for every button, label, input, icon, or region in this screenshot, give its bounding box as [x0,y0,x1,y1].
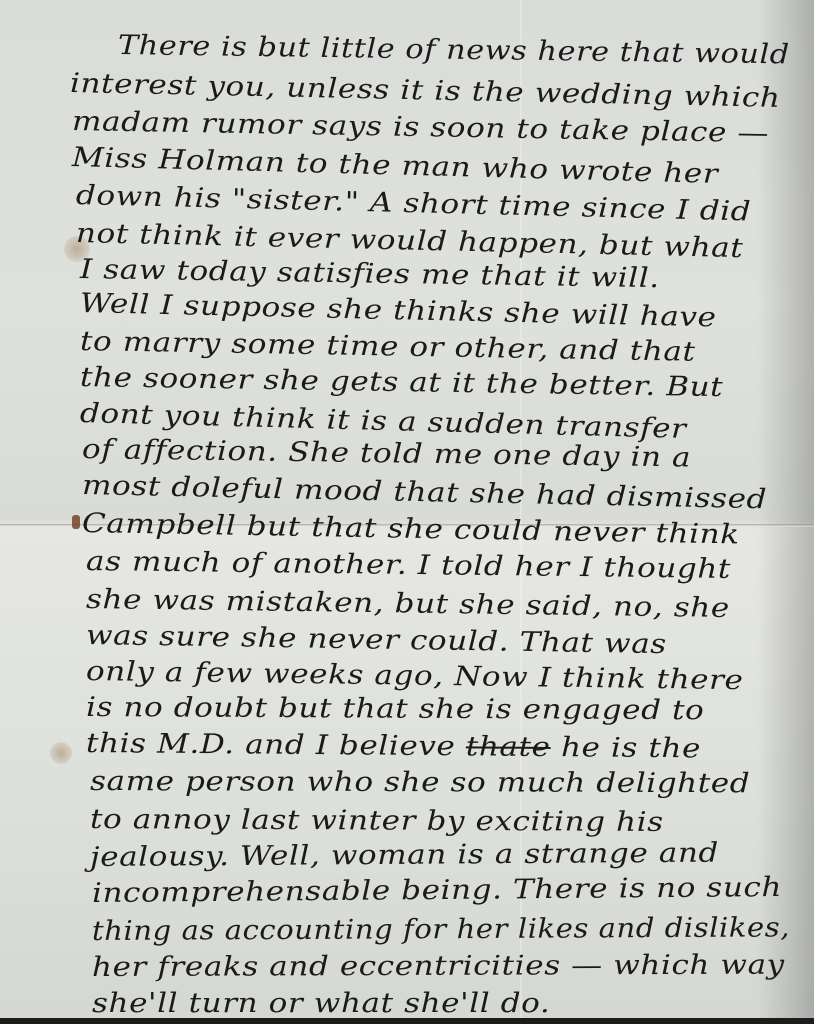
letter-line-8: Well I suppose she thinks she will have [80,288,717,333]
letter-line-27: she'll turn or what she'll do. [92,988,550,1018]
letter-line-20: this M.D. and I believe thate he is the [86,728,701,764]
ink-blot [72,515,80,529]
letter-line-18: only a few weeks ago, Now I think there [86,656,744,696]
letter-line-25: thing as accounting for her likes and di… [92,912,790,947]
letter-line-14: Campbell but that she could never think [82,508,740,550]
letter-line-26: her freaks and eccentricities — which wa… [92,950,785,983]
letter-line-1: There is but little of news here that wo… [118,30,790,70]
letter-line-19: is no doubt but that she is engaged to [86,692,704,726]
letter-page: There is but little of news here that wo… [0,0,814,1018]
letter-line-16: she was mistaken, but she said, no, she [86,584,730,624]
letter-line-15: as much of another. I told her I thought [86,546,731,585]
letter-line-3: madam rumor says is soon to take place — [72,106,770,149]
paper-stain [50,742,72,764]
letter-line-17: was sure she never could. That was [86,620,667,660]
letter-line-20-start: this M.D. and I believe [86,728,466,762]
struck-word: thate [466,731,551,763]
scan-edge [0,1018,814,1024]
letter-line-22: to annoy last winter by exciting his [90,804,664,838]
letter-line-13: most doleful mood that she had dismissed [82,470,768,515]
letter-line-24: incomprehensable being. There is no such [92,872,782,909]
letter-line-23: jealousy. Well, woman is a strange and [90,838,719,873]
letter-line-20-end: he is the [550,732,701,764]
letter-line-10: the sooner she gets at it the better. Bu… [80,362,724,403]
letter-line-9: to marry some time or other, and that [80,326,696,368]
letter-line-21: same person who she so much delighted [90,766,750,799]
